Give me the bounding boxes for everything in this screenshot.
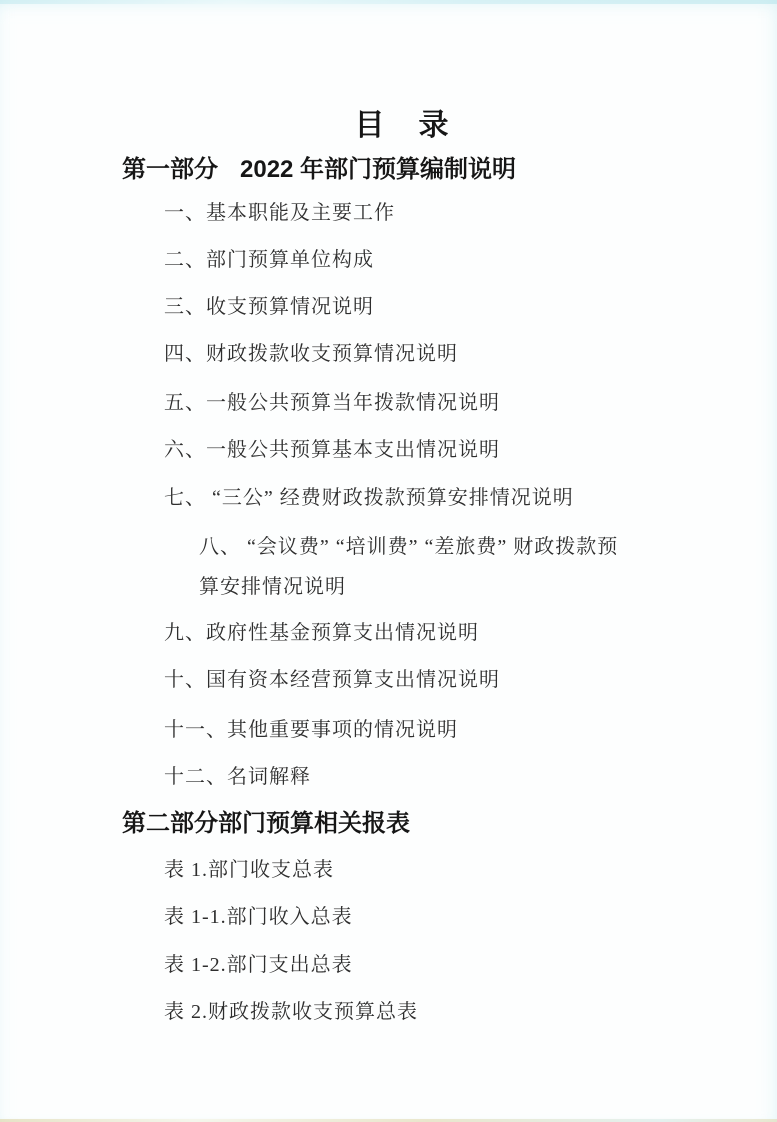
toc-entry-10: 十、国有资本经营预算支出情况说明 <box>164 663 500 692</box>
part2-heading: 第二部分部门预算相关报表 <box>122 803 410 838</box>
toc-entry-8-line2: 算安排情况说明 <box>199 570 346 599</box>
scanned-document-page: 目 录 第一部分2022 年部门预算编制说明 一、基本职能及主要工作 二、部门预… <box>0 0 777 1122</box>
toc-table-entry-1-2: 表 1-2.部门支出总表 <box>164 948 353 977</box>
toc-entry-8-line1: 八、 “会议费” “培训费” “差旅费” 财政拨款预 <box>199 530 618 559</box>
toc-entry-2: 二、部门预算单位构成 <box>164 243 374 272</box>
toc-table-entry-1-1: 表 1-1.部门收入总表 <box>164 900 353 929</box>
toc-title: 目 录 <box>0 100 777 144</box>
scan-edge-artifact-top <box>0 0 777 4</box>
toc-entry-12: 十二、名词解释 <box>164 760 311 789</box>
toc-entry-3: 三、收支预算情况说明 <box>164 290 374 319</box>
toc-entry-7: 七、 “三公” 经费财政拨款预算安排情况说明 <box>164 481 574 510</box>
toc-entry-9: 九、政府性基金预算支出情况说明 <box>164 616 479 645</box>
part1-heading-label: 第一部分 <box>122 156 218 183</box>
toc-table-entry-1: 表 1.部门收支总表 <box>164 853 334 882</box>
toc-entry-6: 六、一般公共预算基本支出情况说明 <box>164 433 500 462</box>
toc-entry-11: 十一、其他重要事项的情况说明 <box>164 713 458 742</box>
part1-heading: 第一部分2022 年部门预算编制说明 <box>122 149 516 184</box>
part1-heading-text: 2022 年部门预算编制说明 <box>240 149 516 184</box>
toc-entry-4: 四、财政拨款收支预算情况说明 <box>164 337 458 366</box>
toc-entry-5: 五、一般公共预算当年拨款情况说明 <box>164 386 500 415</box>
toc-table-entry-2: 表 2.财政拨款收支预算总表 <box>164 995 418 1024</box>
toc-entry-1: 一、基本职能及主要工作 <box>164 196 395 225</box>
